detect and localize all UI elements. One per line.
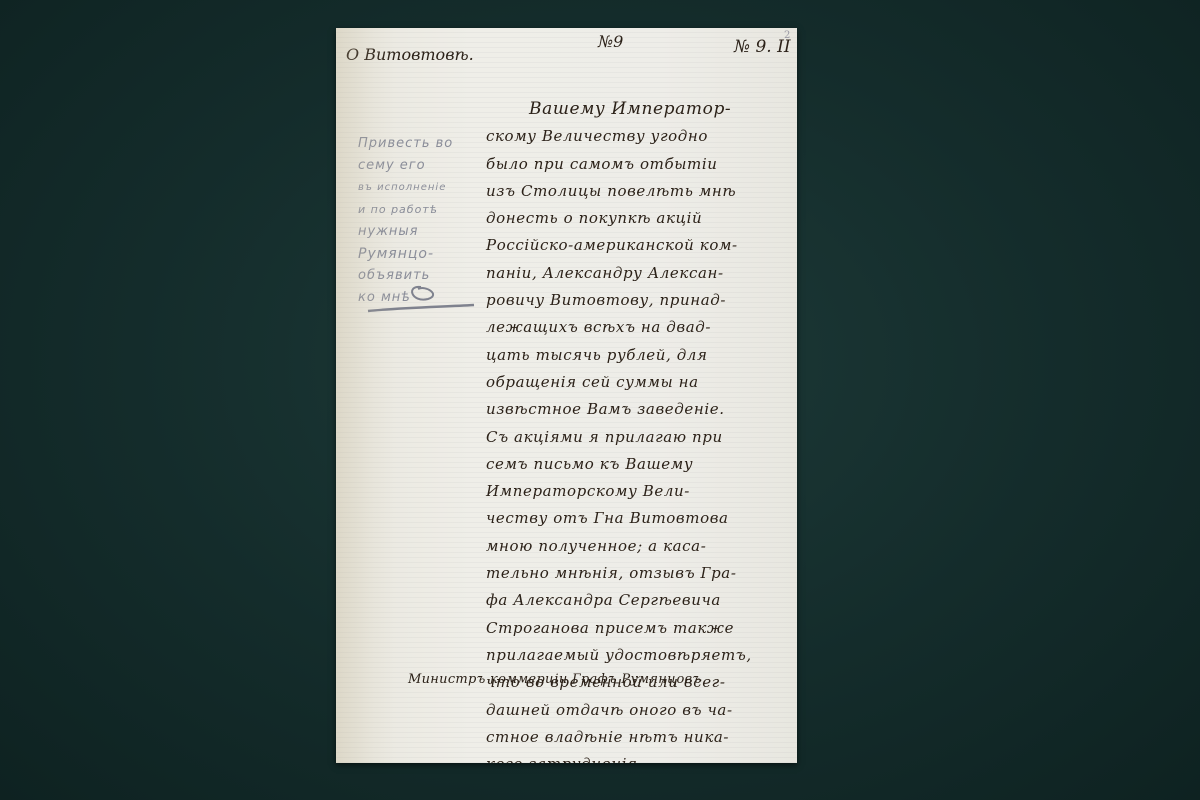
document-number-center: №9 bbox=[598, 32, 623, 51]
margin-note-line: нужныя bbox=[358, 221, 478, 243]
body-line: семъ письмо къ Вашему bbox=[486, 451, 796, 478]
body-line: тельно мнѣнія, отзывъ Гра- bbox=[486, 560, 796, 587]
body-line: цать тысячь рублей, для bbox=[486, 342, 796, 369]
body-line: донесть о покупкѣ акцій bbox=[486, 205, 796, 232]
body-line: Вашему Император- bbox=[486, 96, 796, 123]
body-line: кого затрудненія. bbox=[486, 751, 796, 763]
body-line: дашней отдачѣ оного въ ча- bbox=[486, 697, 796, 724]
body-line: мною полученное; а каса- bbox=[486, 533, 796, 560]
body-line: лежащихъ всѣхъ на двад- bbox=[486, 314, 796, 341]
margin-note-line: и по работѣ bbox=[358, 199, 478, 221]
body-line: извѣстное Вамъ заведеніе. bbox=[486, 396, 796, 423]
body-line: ровичу Витовтову, принад- bbox=[486, 287, 796, 314]
margin-note-line: въ исполненіе bbox=[358, 177, 478, 199]
document-subject-heading: О Витовтовѣ. bbox=[346, 45, 474, 64]
pencil-flourish-icon bbox=[366, 281, 476, 321]
body-line: обращенія сей суммы на bbox=[486, 369, 796, 396]
body-line: Императорскому Вели- bbox=[486, 478, 796, 505]
margin-note-line: сему его bbox=[358, 155, 478, 177]
body-line: фа Александра Сергѣевича bbox=[486, 587, 796, 614]
body-line: Строганова присемъ также bbox=[486, 615, 796, 642]
body-line: прилагаемый удостовѣряетъ, bbox=[486, 642, 796, 669]
margin-note-line: Румянцо- bbox=[358, 243, 478, 265]
margin-note-line: Привесть во bbox=[358, 133, 478, 155]
body-line: Съ акціями я прилагаю при bbox=[486, 424, 796, 451]
signature: Министръ коммерціи Графъ Румянцовъ bbox=[408, 672, 701, 687]
body-line: изъ Столицы повелѣть мнѣ bbox=[486, 178, 796, 205]
body-line: скому Величеству угодно bbox=[486, 123, 796, 150]
body-line: было при самомъ отбытіи bbox=[486, 151, 796, 178]
body-line: честву отъ Гна Витовтова bbox=[486, 505, 796, 532]
corner-pencil-mark: 2 bbox=[784, 30, 790, 41]
document-number-right: № 9. II bbox=[734, 37, 791, 57]
manuscript-page: О Витовтовѣ. №9 № 9. II 2 Привесть во се… bbox=[336, 28, 797, 763]
body-line: паніи, Александру Алексан- bbox=[486, 260, 796, 287]
letter-body: Вашему Император- скому Величеству угодн… bbox=[486, 96, 796, 763]
body-line: Россійско-американской ком- bbox=[486, 232, 796, 259]
body-line: стное владѣніе нѣтъ ника- bbox=[486, 724, 796, 751]
